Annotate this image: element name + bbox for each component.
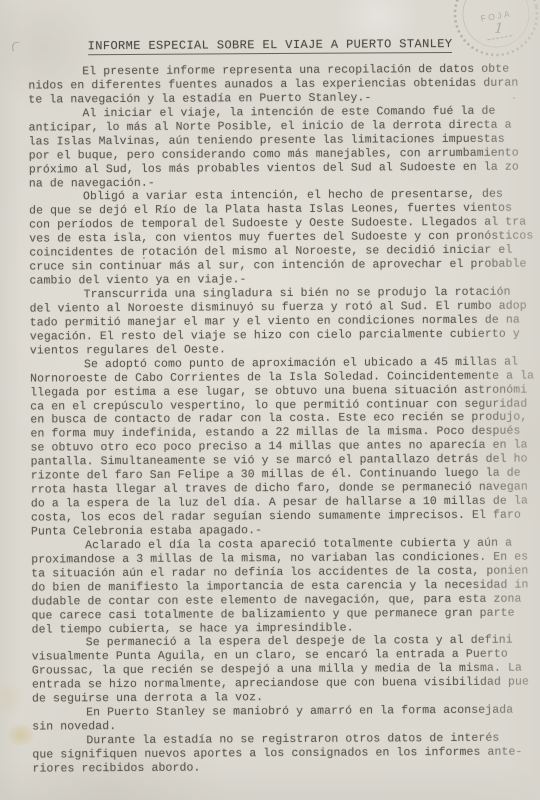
document: INFORME ESPECIAL SOBRE EL VIAJE A PUERTO… — [28, 34, 540, 776]
paper-stain — [0, 678, 26, 718]
document-title: INFORME ESPECIAL SOBRE EL VIAJE A PUERTO… — [28, 37, 512, 55]
document-body: El presente informe representa una recop… — [28, 62, 540, 776]
document-title-text: INFORME ESPECIAL SOBRE EL VIAJE A PUERTO… — [88, 37, 453, 55]
scanned-document-page: FOJA 1 INFORME ESPECIAL SOBRE EL VIAJE A… — [0, 0, 540, 800]
pencil-mark — [11, 41, 20, 51]
document-line: riores recibidos abordo. — [32, 759, 540, 776]
stamp-label: FOJA — [480, 8, 513, 23]
paper-stain — [8, 724, 34, 746]
